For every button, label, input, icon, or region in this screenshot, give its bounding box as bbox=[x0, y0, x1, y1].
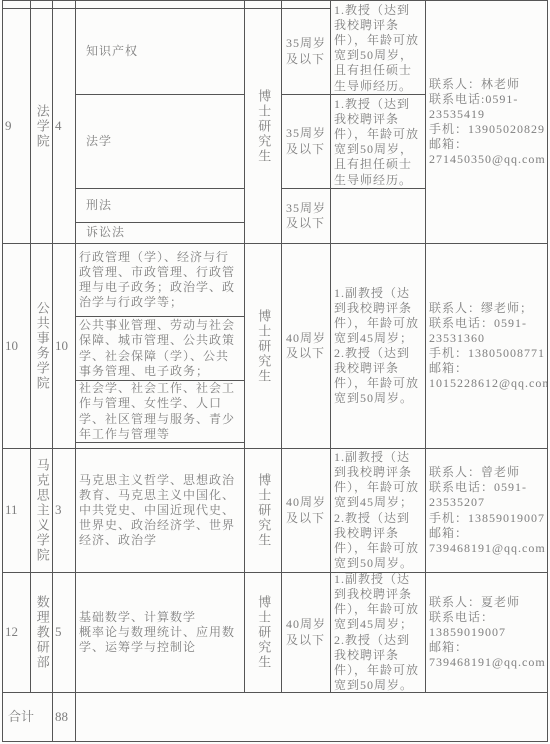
requirement-cell: 1.副教授（达到我校聘评条件），年龄可放宽到45周岁； 2.教授（达到我校聘评条… bbox=[330, 572, 426, 693]
contact-cell: 联系人：夏老师 联系电话： 13859019007 邮箱： 739468191@… bbox=[425, 572, 548, 693]
major-cell: 行政管理（学）、经济与行政管理、市政管理、行政管理与电子政务；政治学、政治学与行… bbox=[75, 243, 245, 317]
major-cell: 基础数学、计算数学 概率论与数理统计、应用数学、运筹学与控制论 bbox=[75, 572, 245, 693]
position-count: 4 bbox=[52, 8, 76, 244]
contact-cell: 联系人：曾老师 联系电话：0591-23535207 手机：1385901900… bbox=[425, 448, 548, 573]
total-label: 合计 bbox=[2, 692, 53, 742]
age-cell: 40周岁及以下 bbox=[281, 448, 331, 573]
total-count: 88 bbox=[52, 692, 76, 742]
row-no: 10 bbox=[2, 243, 31, 449]
college-name: 数理教研部 bbox=[30, 572, 53, 693]
college-name: 马克思主义学院 bbox=[30, 448, 53, 573]
college-label: 马克思主义学院 bbox=[33, 458, 49, 563]
college-name: 公共事务学院 bbox=[30, 243, 53, 449]
position-count: 3 bbox=[52, 448, 76, 573]
position-count: 10 bbox=[52, 243, 76, 449]
degree-cell: 博士研究生 bbox=[244, 243, 282, 449]
college-label: 法学院 bbox=[33, 104, 49, 149]
requirement-cell: 1.教授（达到我校聘评条件），年龄可放宽到50周岁，且有担任硕士生导师经历。 bbox=[330, 94, 426, 189]
college-name: 法学院 bbox=[30, 8, 53, 244]
row-no: 12 bbox=[2, 572, 31, 693]
age-cell: 35周岁及以下 bbox=[281, 94, 331, 189]
major-cell: 公共事业管理、劳动与社会保障、城市管理、公共政策学、社会保障（学）、公共事务管理… bbox=[75, 316, 245, 381]
major-cell: 刑法 bbox=[75, 188, 245, 223]
degree-label: 博士研究生 bbox=[255, 473, 271, 548]
requirement-cell-empty bbox=[330, 188, 426, 244]
degree-cell: 博士研究生 bbox=[244, 448, 282, 573]
degree-label: 博士研究生 bbox=[255, 89, 271, 164]
recruitment-table: 9 法学院 4 知识产权 法学 刑法 诉讼法 博士研究生 35周岁及以下 35周… bbox=[0, 0, 550, 744]
age-cell: 40周岁及以下 bbox=[281, 572, 331, 693]
college-label: 公共事务学院 bbox=[33, 301, 49, 391]
row-no: 11 bbox=[2, 448, 31, 573]
degree-label: 博士研究生 bbox=[255, 309, 271, 384]
major-cell: 诉讼法 bbox=[75, 222, 245, 244]
requirement-cell: 1.副教授（达到我校聘评条件），年龄可放宽到45周岁； 2.教授（达到我校聘评条… bbox=[330, 243, 426, 449]
major-cell: 马克思主义哲学、思想政治教育、马克思主义中国化、中共党史、中国近现代史、世界史、… bbox=[75, 448, 245, 573]
contact-cell: 联系人：林老师 联系电话:0591-23535419 手机：1390502082… bbox=[425, 0, 548, 244]
row-no: 9 bbox=[2, 8, 31, 244]
major-cell: 社会学、社会工作、社会工作与管理、女性学、人口学、社区管理与服务、青少年工作与管… bbox=[75, 380, 245, 443]
major-cell: 知识产权 bbox=[75, 8, 245, 95]
degree-label: 博士研究生 bbox=[255, 595, 271, 670]
age-cell: 35周岁及以下 bbox=[281, 8, 331, 95]
degree-cell: 博士研究生 bbox=[244, 572, 282, 693]
age-cell: 40周岁及以下 bbox=[281, 243, 331, 449]
requirement-cell: 1.教授（达到我校聘评条件），年龄可放宽到50周岁，且有担任硕士生导师经历。 bbox=[330, 0, 426, 95]
total-empty-cell bbox=[75, 692, 548, 742]
college-label: 数理教研部 bbox=[33, 595, 49, 670]
age-cell: 35周岁及以下 bbox=[281, 188, 331, 244]
position-count: 5 bbox=[52, 572, 76, 693]
major-cell: 法学 bbox=[75, 94, 245, 189]
degree-cell: 博士研究生 bbox=[244, 8, 282, 244]
contact-cell: 联系人：缪老师； 联系电话：0591-23531360 手机：138050087… bbox=[425, 243, 548, 449]
requirement-cell: 1.副教授（达到我校聘评条件），年龄可放宽到45周岁； 2.教授（达到我校聘评条… bbox=[330, 448, 426, 573]
